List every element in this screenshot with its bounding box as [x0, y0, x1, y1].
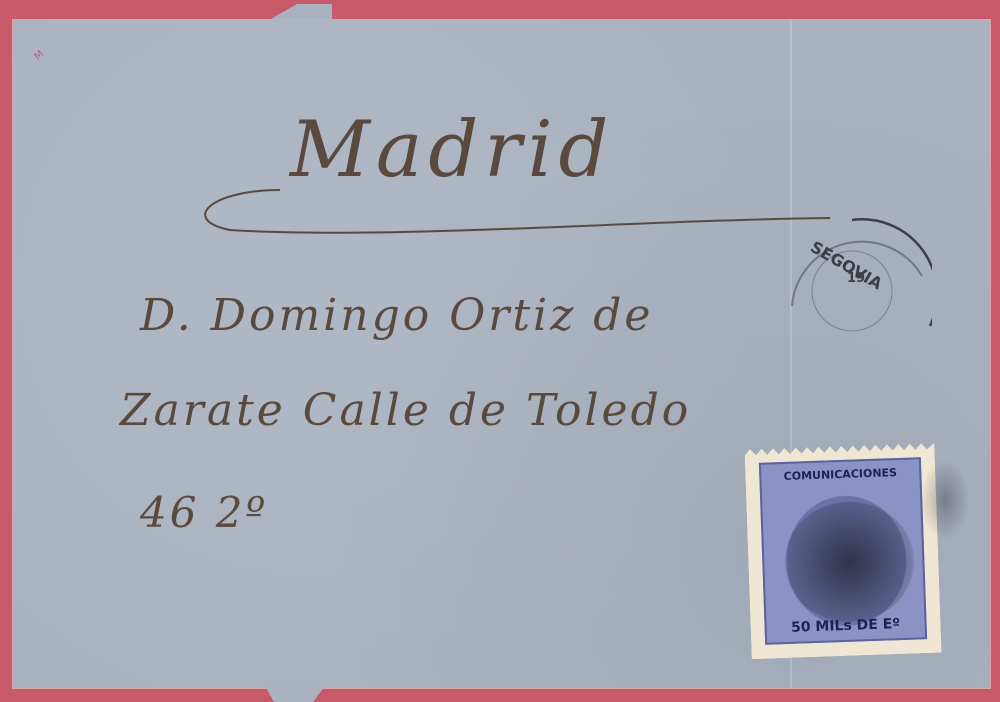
envelope-bottom-flap: [265, 686, 325, 702]
address-line-2: Zarate Calle de Toledo: [120, 385, 691, 436]
corner-pencil-mark: M: [32, 49, 46, 63]
stamp-value-text: 50 MILs DE Eº: [766, 615, 924, 637]
stamp-top-text: COMUNICACIONES: [761, 465, 919, 484]
flourish-underline: [190, 160, 830, 250]
postmark-day: 19: [847, 271, 865, 286]
address-line-1: D. Domingo Ortiz de: [140, 290, 653, 341]
segovia-postmark: SEGOVIA 19: [772, 216, 932, 346]
stamp-frame: COMUNICACIONES 50 MILs DE Eº: [759, 457, 927, 645]
postage-stamp: COMUNICACIONES 50 MILs DE Eº: [744, 443, 941, 660]
address-line-3: 46 2º: [140, 488, 268, 537]
cancellation-tie: [920, 460, 970, 540]
